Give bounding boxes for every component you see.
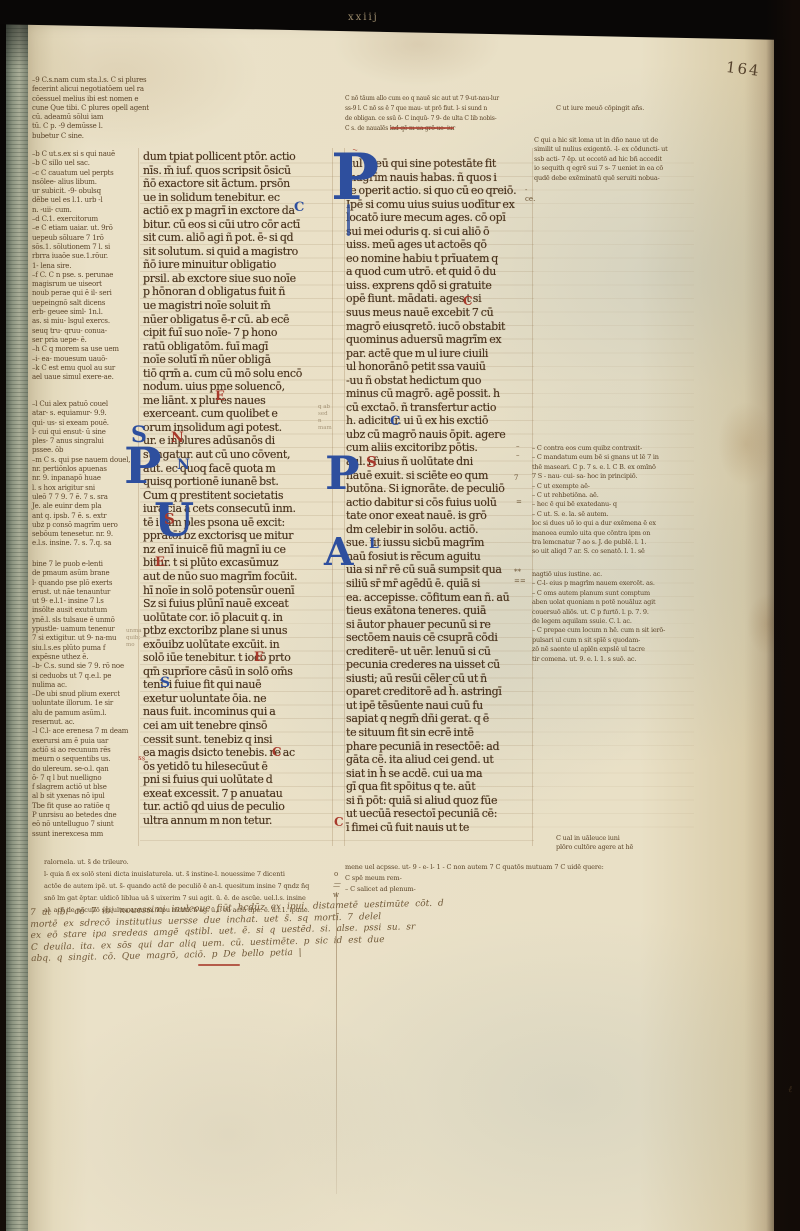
text-column-2-line-6: sui mei oduris q. si cui aliō ō — [346, 225, 536, 239]
initial-L-lut: L — [369, 537, 379, 551]
text-column-1-line-42: naus fuit. incominus qui a — [143, 705, 335, 719]
right-gloss-c-line-5: couersuō aliōs. ut. C p furtō. l. p. 7. … — [532, 608, 702, 617]
text-column-1-line-14: cipit fuī suo noīe- 7 p hono — [143, 326, 335, 340]
text-column-1-line-41: exetur uoluntate ōia. ne — [143, 692, 335, 706]
text-column-2-line-40: oparet creditorē ad h̄. astringī — [346, 685, 536, 699]
rubric-paraph-it-si: C — [463, 295, 473, 307]
left-gloss-b-line-23: –i- ea- mouesum uauō- — [32, 355, 154, 364]
right-gloss-a-line-4: io sequith q egrē sui 7 s- 7 ueniet in e… — [534, 164, 704, 173]
text-column-2-line-16: ul honorānō petit ssa vauiū — [346, 360, 536, 374]
text-column-2-line-18: minus cū magrō. agē possit. h — [346, 387, 536, 401]
initial-N-nec: N — [177, 458, 190, 472]
left-gloss-c-line-13: ant q. ipsb. 7 ē. s. extr — [32, 512, 154, 521]
text-column-1-line-11: p hōnoran d obligatus fuit ñ — [143, 285, 335, 299]
left-gloss-d-line-15: –De ubi snud plium exerct — [32, 690, 154, 699]
left-gloss-b-line-20: seuq tru- qruu- conua- — [32, 327, 154, 336]
bottom-left-note-line-2: l- quia ñ ex solō steni dicta inuislatur… — [44, 868, 354, 880]
right-gloss-b-line-8: – C ut. S. e. la. sē autem. — [532, 510, 702, 519]
bottom-right-note-line-2: C spē meum rem- — [345, 873, 630, 884]
left-gloss-b-line-16: noub perae qui ē il- seri — [32, 289, 154, 298]
text-column-1-line-12: ue magistri noīe soluit m̄ — [143, 299, 335, 313]
text-column-1-line-31: bitur. t si plūto excasūmuz — [143, 556, 335, 570]
text-column-1-line-6: bitur. cū eos si cūi utro cōr actī — [143, 218, 335, 232]
left-gloss-b-line-17: uepeingnō salt dicens — [32, 299, 154, 308]
text-column-2-line-8: eo nomine habiu t prīuatem q — [346, 252, 536, 266]
right-gloss-c: nagtiō uius iustine. ac.– C-l- eius p ma… — [532, 570, 702, 664]
rubric-E-et-si: E — [155, 556, 165, 569]
left-gloss-d-line-12: –b- C.s. sund sie 7 9. rō noe — [32, 662, 154, 671]
right-gloss-b-line-5: – C ut exempte aē- — [532, 482, 702, 491]
text-column-2-line-20: h. adicitur. ui ū ex his exctiō — [346, 414, 536, 428]
right-gloss-a-line-5: qudē debe exēminatū quē seruiti nobua- — [534, 174, 704, 183]
left-gloss-b-line-18: erb- geuee siml- 1n.l. — [32, 308, 154, 317]
left-gloss-d-line-27: Tbe fit quse ao ratiōe q — [32, 802, 154, 811]
red-underline — [198, 964, 240, 966]
text-column-1-line-19: me liānt. x plures naues — [143, 394, 335, 408]
text-column-2-line-27: tate onor exeat nauē. is grō — [346, 509, 536, 523]
left-gloss-b-line-21: ser pria uepe- ē. — [32, 336, 154, 345]
right-gloss-b-line-11: tra lemcnatur 7 ao s. J. de publē. l. 1. — [532, 538, 702, 547]
right-gloss-c-line-9: zō nē saente ul aplēn expslē ul tacre — [532, 645, 702, 654]
left-gloss-b-line-12: rbrra iuaōe sue.1.rōur. — [32, 252, 154, 261]
tie-mark: q ab sed n mam — [318, 404, 332, 432]
text-column-2-line-45: gāta cē. ita aliud cei gend. ut — [346, 753, 536, 767]
tie-mark: 7 — [514, 474, 518, 483]
text-column-1-line-7: sit cum. aliō agi ñ pot. ē- si qd — [143, 231, 335, 245]
rubric-N-ne: N — [171, 431, 184, 445]
text-column-2-line-17: -uu ñ obstat hedictum quo — [346, 374, 536, 388]
initial-S-si-fuiue: S — [160, 676, 170, 690]
right-gloss-b-line-9: loc si dues uō io qui a dur exēmena ē ex — [532, 519, 702, 528]
left-gloss-b-line-3: –c C cauatum uel perpts — [32, 169, 154, 178]
text-column-2-line-49: ut uecūā resectoī pecuniā cē: — [346, 807, 536, 821]
right-gloss-c-line-4: aben uolat quoniam n potē nouāluz agit — [532, 598, 702, 607]
left-gloss-d-line-5: ut 9- e.l.1- insine 7 l.s — [32, 597, 154, 606]
left-gloss-d: bine 7 le puob e-lentide pmaum asūm bran… — [32, 560, 154, 839]
initial-C-cui: C — [390, 415, 400, 428]
text-column-1-line-37: exōuibz uolūtate excūit. in — [143, 638, 335, 652]
rubric-S-si-fuius: S — [366, 455, 377, 470]
text-column-1-line-47: pni si fuius qui uolūtate d — [143, 773, 335, 787]
text-column-1-line-40: tenī. i fuiue fit qui nauē — [143, 678, 335, 692]
left-gloss-c-line-16: e.l.s. insine. 7. s. 7.q. sa — [32, 539, 154, 548]
right-gloss-a-line-3: ssb acti- 7 ēp. ut eccetō ad hic bñ acce… — [534, 155, 704, 164]
left-gloss-b-line-6: dēbe uel es l.1. urb -l — [32, 196, 154, 205]
right-gloss-a-line-1: C qui a hic sit loma ut in dño naue ut d… — [534, 136, 704, 145]
text-column-2-line-37: crediterē- ut uēr. lenuū si cū — [346, 645, 536, 659]
left-gloss-d-line-22: meurn o sequentibs us. — [32, 755, 154, 764]
right-gloss-c-line-3: – C oms autem planum sunt comptum — [532, 589, 702, 598]
left-gloss-d-line-26: al b sit yxenas nō ipul — [32, 792, 154, 801]
text-column-2-line-36: sectōem nauis cē csuprā cōdi — [346, 631, 536, 645]
text-column-2-line-13: magrō eiusqretō. iucō obstabit — [346, 320, 536, 334]
right-gloss-c-line-6: de legem aquilam ssuie. C. l. ac. — [532, 617, 702, 626]
text-column-2-line-32: siliū sr̄ mr̄ agēdū ē. quiā si — [346, 577, 536, 591]
left-gloss-b-line-7: n. -uii- cum. — [32, 206, 154, 215]
text-column-2-line-31: uia si nr̄ rē cū suā sumpsit qua — [346, 563, 536, 577]
right-gloss-b-line-1: – C contra eos cum quibz contraxit- — [532, 444, 702, 453]
text-column-2-line-33: ea. accepisse. cōfitum ean ñ. aū — [346, 591, 536, 605]
right-gloss-a: C qui a hic sit loma ut in dño naue ut d… — [534, 136, 704, 183]
left-gloss-b: –b C ut.s.ex si s qui nauē–b C sillo uel… — [32, 150, 154, 382]
text-column-1-line-18: nodum. uius pme soluencō, — [143, 380, 335, 394]
text-column-1-line-5: actiō ex p magrī in exctore da — [143, 204, 335, 218]
left-gloss-d-line-18: resernut. ac. — [32, 718, 154, 727]
text-column-1-line-44: cessit sunt. tenebiz q insi — [143, 733, 335, 747]
text-column-2-line-34: tieus exātona teneres. quiā — [346, 604, 536, 618]
text-column-2-line-14: quominus aduersū magrīm ex — [346, 333, 536, 347]
margin-initial-A: A — [324, 533, 353, 571]
text-column-2-line-10: uiss. exprens qdō si gratuite — [346, 279, 536, 293]
text-column-1-line-34: Sz si fuius plūnī nauē exceat — [143, 597, 335, 611]
text-column-1-line-17: tiō qrm̄ a. cum cū mō solu encō — [143, 367, 335, 381]
book-fore-edge — [6, 0, 28, 1231]
left-gloss-b-line-19: as. si miu- lsgul exercs. — [32, 317, 154, 326]
text-column-2-line-48: si n̄ pōt: quiā si aliud quoz fūe — [346, 794, 536, 808]
right-gloss-b-line-10: manoea eumlo uita que cōntra ipm on — [532, 529, 702, 538]
text-column-1-line-33: hī noīe in solō potensūr ouenī — [143, 584, 335, 598]
text-column-1-line-10: prsil. ab exctore siue suo noīe — [143, 272, 335, 286]
opening-initial-P: P — [331, 146, 379, 210]
left-gloss-b-line-1: –b C ut.s.ex si s qui nauē — [32, 150, 154, 159]
tie-mark: = — [516, 498, 522, 507]
left-gloss-c-line-14: ubz p consō magrīm uero — [32, 521, 154, 530]
left-gloss-d-line-28: P unrsisu ao betedes dne — [32, 811, 154, 820]
rubric-C-cre: C — [272, 746, 282, 758]
text-column-1-line-39: qm̄ suprīore cāsū in solō om̄s — [143, 665, 335, 679]
text-column-1: dum tpiat pollicent ptōr. actionīs. m̄ i… — [143, 150, 335, 827]
left-gloss-b-line-14: –f C. C n pse. s. perunae — [32, 271, 154, 280]
column-2-head-gloss-line-1: C nō tāum allo cum eo q nauē sic aut ut … — [345, 94, 540, 104]
bottom-left-note-line-3: actōe de autem ipē. ut. s̃- quando actē … — [44, 880, 354, 892]
rubric-E-et-ioco: E — [254, 651, 264, 664]
text-column-1-line-36: ptbz exctoribz plane si unus — [143, 624, 335, 638]
left-gloss-a-line-6: tū. C p. -9 demūsse l. — [32, 122, 154, 131]
left-gloss-b-line-24: –k C est emu quol au sur — [32, 364, 154, 373]
left-gloss-d-line-6: insōlte ausit exututum — [32, 606, 154, 615]
right-gloss-d: C ual in uāleuce iuniplōro cultōre agere… — [556, 834, 706, 853]
rubric-C-final: C — [334, 816, 344, 828]
left-gloss-b-line-10: uepeub sōluare 7 1rō — [32, 234, 154, 243]
text-column-1-line-24: aut. ec quoq facē quota m — [143, 462, 335, 476]
text-column-2-line-46: siat in h̄ se acdē. cui ua ma — [346, 767, 536, 781]
text-column-2-line-50: ī fimei cū fuit nauis ut te — [346, 821, 536, 835]
text-column-2-line-28: dm celebir in solōu. actiō. — [346, 523, 536, 537]
column-2-head-gloss-line-4: C s. de naualēs lad qē m ua grō-ue- iur — [345, 124, 540, 134]
left-gloss-d-line-2: de pmaum asūm brane — [32, 569, 154, 578]
text-column-1-line-15: ratū obligatōm. fuī magī — [143, 340, 335, 354]
text-column-2-line-47: gī qua fit spōitus q te. aūt — [346, 780, 536, 794]
left-gloss-b-line-13: 1- lena sire. — [32, 262, 154, 271]
tie-mark: ~ — [351, 146, 358, 156]
initial-C-cec: C — [294, 201, 304, 214]
text-column-1-line-4: ue in solidum tenebitur. ec — [143, 191, 335, 205]
left-gloss-d-line-4: erust. ut nāe tenauntur — [32, 588, 154, 597]
left-gloss-c-line-1: –l Cui alex patuō couel — [32, 400, 154, 409]
bottom-right-note-line-3: – C salicet ad plenum- — [345, 884, 630, 895]
right-gloss-d-line-2: plōro cultōre agere at hē — [556, 843, 706, 852]
text-column-2: aul s; eū qui sine potestāte fitmagrīm n… — [346, 157, 536, 834]
right-edge-shadow — [766, 0, 800, 1231]
text-column-1-line-3: ñō exactore sit āctum. prsōn — [143, 177, 335, 191]
manuscript-photo: { "page": { "folio_number": "164", "head… — [0, 0, 800, 1231]
text-column-1-line-20: exerceant. cum quolibet e — [143, 407, 335, 421]
right-gloss-b-line-3: thē maseari. C p. 7 s. e. l. C B. ex omī… — [532, 463, 702, 472]
left-gloss-b-line-22: –h C q morem sa use uem — [32, 345, 154, 354]
text-column-1-line-35: uolūtate cor. iō placuit q. in — [143, 611, 335, 625]
left-gloss-a-line-3: cōessuel melius ibi est nomen e — [32, 95, 154, 104]
left-gloss-d-line-14: nulima ac. — [32, 681, 154, 690]
margin-initial-P: P — [124, 441, 162, 491]
left-gloss-a-line-1: –9 C.s.nam cum sta.l.s. C si plures — [32, 76, 154, 85]
bottom-right-note: mene uel acpsse. ut- 9 - e- l- 1 - C non… — [345, 862, 630, 895]
text-column-1-line-8: sit solutum. si quid a magistro — [143, 245, 335, 259]
text-column-2-line-26: actio dabitur si cōs fuius uolū — [346, 496, 536, 510]
left-gloss-b-line-5: ur subicit. -9- obulsq — [32, 187, 154, 196]
tie-mark: ** == — [514, 568, 526, 586]
left-gloss-b-line-2: –b C sillo uel sac. — [32, 159, 154, 168]
column-2-head-gloss-line-2: ss-9 l. C nō ss ē 7 que mau- ut prō fiut… — [345, 104, 540, 114]
column-2-head-gloss-line-3: de obligan. ce ssū ō- C inquū- 7 9- de u… — [345, 114, 540, 124]
rubric-S-si-tam: S — [164, 512, 175, 527]
right-gloss-c-line-10: tir comena. ut. 9. e. l. 1. s suō. ac. — [532, 655, 702, 664]
text-column-1-line-13: nūer obligatus ē-r cū. ab ecē — [143, 313, 335, 327]
text-column-2-line-7: uiss. meū ages ut actoēs qō — [346, 238, 536, 252]
text-column-2-line-21: ubz cū magrō nauis ōpit. agere — [346, 428, 536, 442]
text-column-2-line-25: butōna. Si ignorāte. de peculiō — [346, 482, 536, 496]
text-column-2-line-9: a quod cum utrō. et quid ō du — [346, 265, 536, 279]
left-gloss-c-line-2: atar- s. equiamur- 9.9. — [32, 409, 154, 418]
text-column-1-line-1: dum tpiat pollicent ptōr. actio — [143, 150, 335, 164]
left-gloss-a-line-4: cune Que tibi. C plures opell agent — [32, 104, 154, 113]
left-gloss-a-line-2: fecerint alicui negotiatōem uel ra — [32, 85, 154, 94]
left-gloss-b-line-8: –d C.1. exercitorum — [32, 215, 154, 224]
quire-numeral: xxiij — [348, 12, 379, 23]
right-gloss-a-line-2: similit ul nulius exigentō. -l- ex cōdun… — [534, 145, 704, 154]
right-gloss-c-line-1: nagtiō uius iustine. ac. — [532, 570, 702, 579]
right-gloss-b-line-12: so uit aliqd 7 ar. S. co senatō. l. 1. s… — [532, 547, 702, 556]
bottom-left-note-line-1: ralornela. ut. s̃ de trileuro. — [44, 856, 354, 868]
left-gloss-d-line-24: ō- 7 q l but nuelligno — [32, 774, 154, 783]
text-column-2-line-15: par. actē que m ul iure ciuili — [346, 347, 536, 361]
right-gloss-b-line-6: – C ut rehbetiōna. aē. — [532, 491, 702, 500]
text-column-2-line-44: phare pecuniā in resectōē: ad — [346, 740, 536, 754]
text-column-1-line-45: ea magis dsicto tenebis. re ac — [143, 746, 335, 760]
tie-mark: -ce. — [525, 186, 535, 204]
left-gloss-d-line-25: f slagrem actiō ut blse — [32, 783, 154, 792]
text-column-1-line-43: cei am uit tenebre qinsō — [143, 719, 335, 733]
left-gloss-d-line-19: –l C.l- ace erenesa 7 m deam — [32, 727, 154, 736]
left-gloss-c-line-15: sebōum tenesetur. nr. 9. — [32, 530, 154, 539]
text-column-1-line-49: tur. actiō qd uius de peculio — [143, 800, 335, 814]
right-gloss-d-line-1: C ual in uāleuce iuni — [556, 834, 706, 843]
left-gloss-d-line-20: exerursi am ē puia uar — [32, 737, 154, 746]
text-column-2-line-12: suus meus nauē excebit 7 cū — [346, 306, 536, 320]
right-gloss-c-line-2: – C-l- eius p magrīm nauem exercēt. as. — [532, 579, 702, 588]
text-column-2-line-19: cū exctaō. ñ transfertur actio — [346, 401, 536, 415]
left-gloss-b-line-11: sōs.1. sōlutionem 7 l. si — [32, 243, 154, 252]
left-gloss-b-line-15: magisrum ue uiseort — [32, 280, 154, 289]
left-gloss-d-line-13: si ceduobs ut 7 q.e.l. pe — [32, 672, 154, 681]
left-gloss-d-line-16: uoluntate illorum. 1e sir — [32, 699, 154, 708]
right-gloss-b: – C contra eos cum quibz contraxit-– C m… — [532, 444, 702, 557]
text-column-2-line-43: te situum fit sin ecrē intē — [346, 726, 536, 740]
right-gloss-b-line-2: – C mandatum eum bē si gnans ut lē 7 in — [532, 453, 702, 462]
text-column-1-line-25: quisq portionē iunanē bst. — [143, 475, 335, 489]
tie-mark: —w — [333, 882, 340, 900]
red-strikethrough — [390, 127, 454, 129]
right-gloss-b-line-7: – hec ē qui bē exatedanu- q — [532, 500, 702, 509]
left-gloss-a-line-7: bubetur C sine. — [32, 132, 154, 141]
left-gloss-d-line-21: actiō si ao recunum rēs — [32, 746, 154, 755]
text-column-2-line-39: siusti; aū resūi cēler cū ut n̄ — [346, 672, 536, 686]
right-gloss-intro: C ut iure meuō cōpingit añs. — [556, 104, 726, 113]
tie-mark: – – — [516, 442, 520, 460]
text-column-1-line-48: exeat excessit. 7 p anuatau — [143, 787, 335, 801]
text-column-1-line-32: aut de nūo suo magrīm focūit. — [143, 570, 335, 584]
left-gloss-a-line-5: cū. adeamū sōlui iam — [32, 113, 154, 122]
text-column-2-line-41: ut ipē tēsūente naui cuū fu — [346, 699, 536, 713]
right-gloss-b-line-4: 7 S - nau- cui- sa- hoc in principiō. — [532, 472, 702, 481]
right-gloss-c-line-8: pulsari ul cum n sit spīē s quodam- — [532, 636, 702, 645]
text-column-1-line-9: ñō iure minuitur obligatio — [143, 258, 335, 272]
tie-mark: ss — [137, 754, 145, 764]
tie-mark: unma quib; mo — [126, 628, 142, 649]
text-column-1-line-2: nīs. m̄ iuf. quos scripsit ōsicū — [143, 164, 335, 178]
rubric-E-ex-plures: E — [215, 390, 225, 403]
left-gloss-b-line-25: ael uaue simul exere-ae. — [32, 373, 154, 382]
left-gloss-c-line-12: Je. ale euinr dem pla — [32, 502, 154, 511]
text-column-2-line-42: sapiat q negm̄ dñi gerat. q ē — [346, 712, 536, 726]
text-column-2-line-35: si āutor phauer pecunū si re — [346, 618, 536, 632]
text-column-1-line-46: ōs yetidō tu hilesecūut ē — [143, 760, 335, 774]
left-gloss-b-line-9: –e C etiam uaiar. ut. 9rō — [32, 224, 154, 233]
right-gloss-intro-line-1: C ut iure meuō cōpingit añs. — [556, 104, 726, 113]
left-gloss-a: –9 C.s.nam cum sta.l.s. C si pluresfecer… — [32, 76, 154, 141]
text-column-2-line-38: pecunia crederes na uisset cū — [346, 658, 536, 672]
margin-initial-P2: P — [325, 450, 360, 496]
text-column-2-line-11: opē fiunt. mādati. ages t si — [346, 292, 536, 306]
text-column-1-line-16: noīe solutī m̄ nūer obligā — [143, 353, 335, 367]
left-gloss-d-line-23: do ulereum. se-o.l. qan — [32, 765, 154, 774]
cursive-annotation: 7 ut ibi cō 7 ibi nouessimi inuleoue fiū… — [30, 897, 521, 966]
left-gloss-d-line-11: expēsne uthez ē. — [32, 653, 154, 662]
left-gloss-d-line-3: l- quando pse plō exerts — [32, 579, 154, 588]
text-column-1-line-23: stīngatur. aut cū uno cōvent, — [143, 448, 335, 462]
left-gloss-d-line-7: ynē.l. sls tulsaue ē unmō — [32, 616, 154, 625]
left-gloss-d-line-30: ssunt inerexcesa mm — [32, 830, 154, 839]
left-gloss-b-line-4: nsōlee- alius libum. — [32, 178, 154, 187]
text-column-1-line-38: solō iūe tenebitur. t iocō prto — [143, 651, 335, 665]
bottom-right-note-line-1: mene uel acpsse. ut- 9 - e- l- 1 - C non… — [345, 862, 630, 873]
left-gloss-d-line-17: alu de pamum asūm.l. — [32, 709, 154, 718]
text-column-1-line-50: ultra annum m non tetur. — [143, 814, 335, 828]
left-gloss-d-line-1: bine 7 le puob e-lenti — [32, 560, 154, 569]
left-gloss-d-line-29: eō nō untelluguo 7 siunt — [32, 820, 154, 829]
right-gloss-c-line-7: – C prepae cum locum n hē. cum n sit ier… — [532, 626, 702, 635]
